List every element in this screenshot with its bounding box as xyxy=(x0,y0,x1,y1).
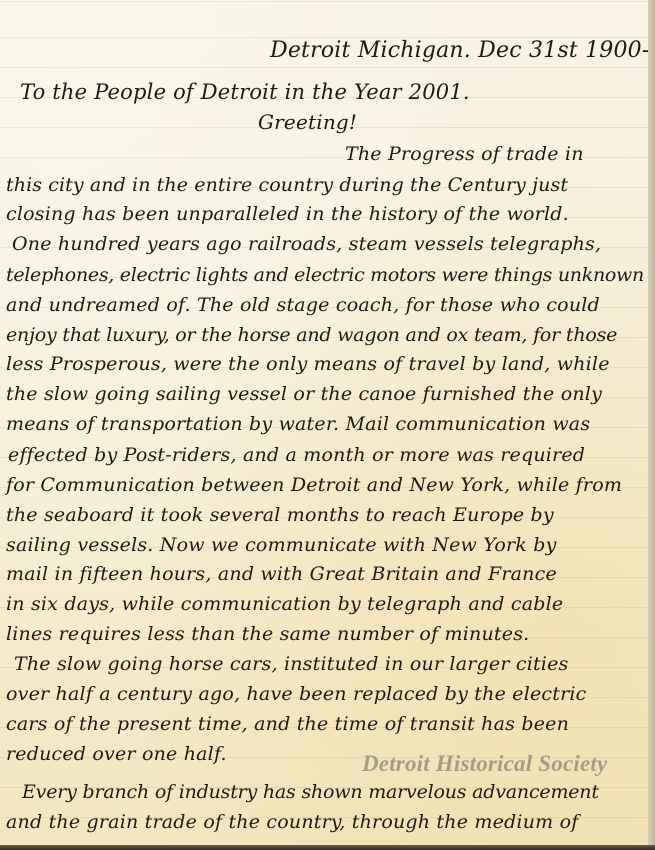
letter-line: the slow going sailing vessel or the can… xyxy=(6,385,602,404)
letter-line: enjoy that luxury, or the horse and wago… xyxy=(6,326,617,345)
letter-line: reduced over one half. xyxy=(6,745,227,764)
letter-page: Detroit Michigan. Dec 31st 1900- To the … xyxy=(0,0,655,850)
greeting: Greeting! xyxy=(258,112,357,132)
page-edge-bottom xyxy=(0,845,655,850)
letter-line: One hundred years ago railroads, steam v… xyxy=(12,235,601,254)
watermark: Detroit Historical Society xyxy=(362,751,607,777)
letter-line: sailing vessels. Now we communicate with… xyxy=(6,536,557,555)
letter-line: The Progress of trade in xyxy=(345,145,584,164)
letter-line: in six days, while communication by tele… xyxy=(6,595,563,614)
letter-line: closing has been unparalleled in the his… xyxy=(6,205,569,224)
page-edge-right xyxy=(648,0,655,850)
letter-line: means of transportation by water. Mail c… xyxy=(6,415,590,434)
letter-line: less Prosperous, were the only means of … xyxy=(6,355,610,374)
letter-line: effected by Post-riders, and a month or … xyxy=(8,446,585,465)
letter-line: and the grain trade of the country, thro… xyxy=(6,813,578,832)
letter-line: and undreamed of. The old stage coach, f… xyxy=(6,296,600,315)
letter-line: The slow going horse cars, instituted in… xyxy=(14,655,568,674)
letter-line: over half a century ago, have been repla… xyxy=(6,685,587,704)
dateline: Detroit Michigan. Dec 31st 1900- xyxy=(270,40,650,62)
letter-line: mail in fifteen hours, and with Great Br… xyxy=(6,565,557,584)
letter-line: the seaboard it took several months to r… xyxy=(6,506,554,525)
letter-line: lines requires less than the same number… xyxy=(6,625,529,644)
letter-line: this city and in the entire country duri… xyxy=(6,176,568,195)
letter-line: telephones, electric lights and electric… xyxy=(6,266,644,285)
letter-line: for Communication between Detroit and Ne… xyxy=(6,476,622,495)
salutation: To the People of Detroit in the Year 200… xyxy=(20,82,470,103)
letter-line: cars of the present time, and the time o… xyxy=(6,715,569,734)
letter-line: Every branch of industry has shown marve… xyxy=(22,783,599,802)
